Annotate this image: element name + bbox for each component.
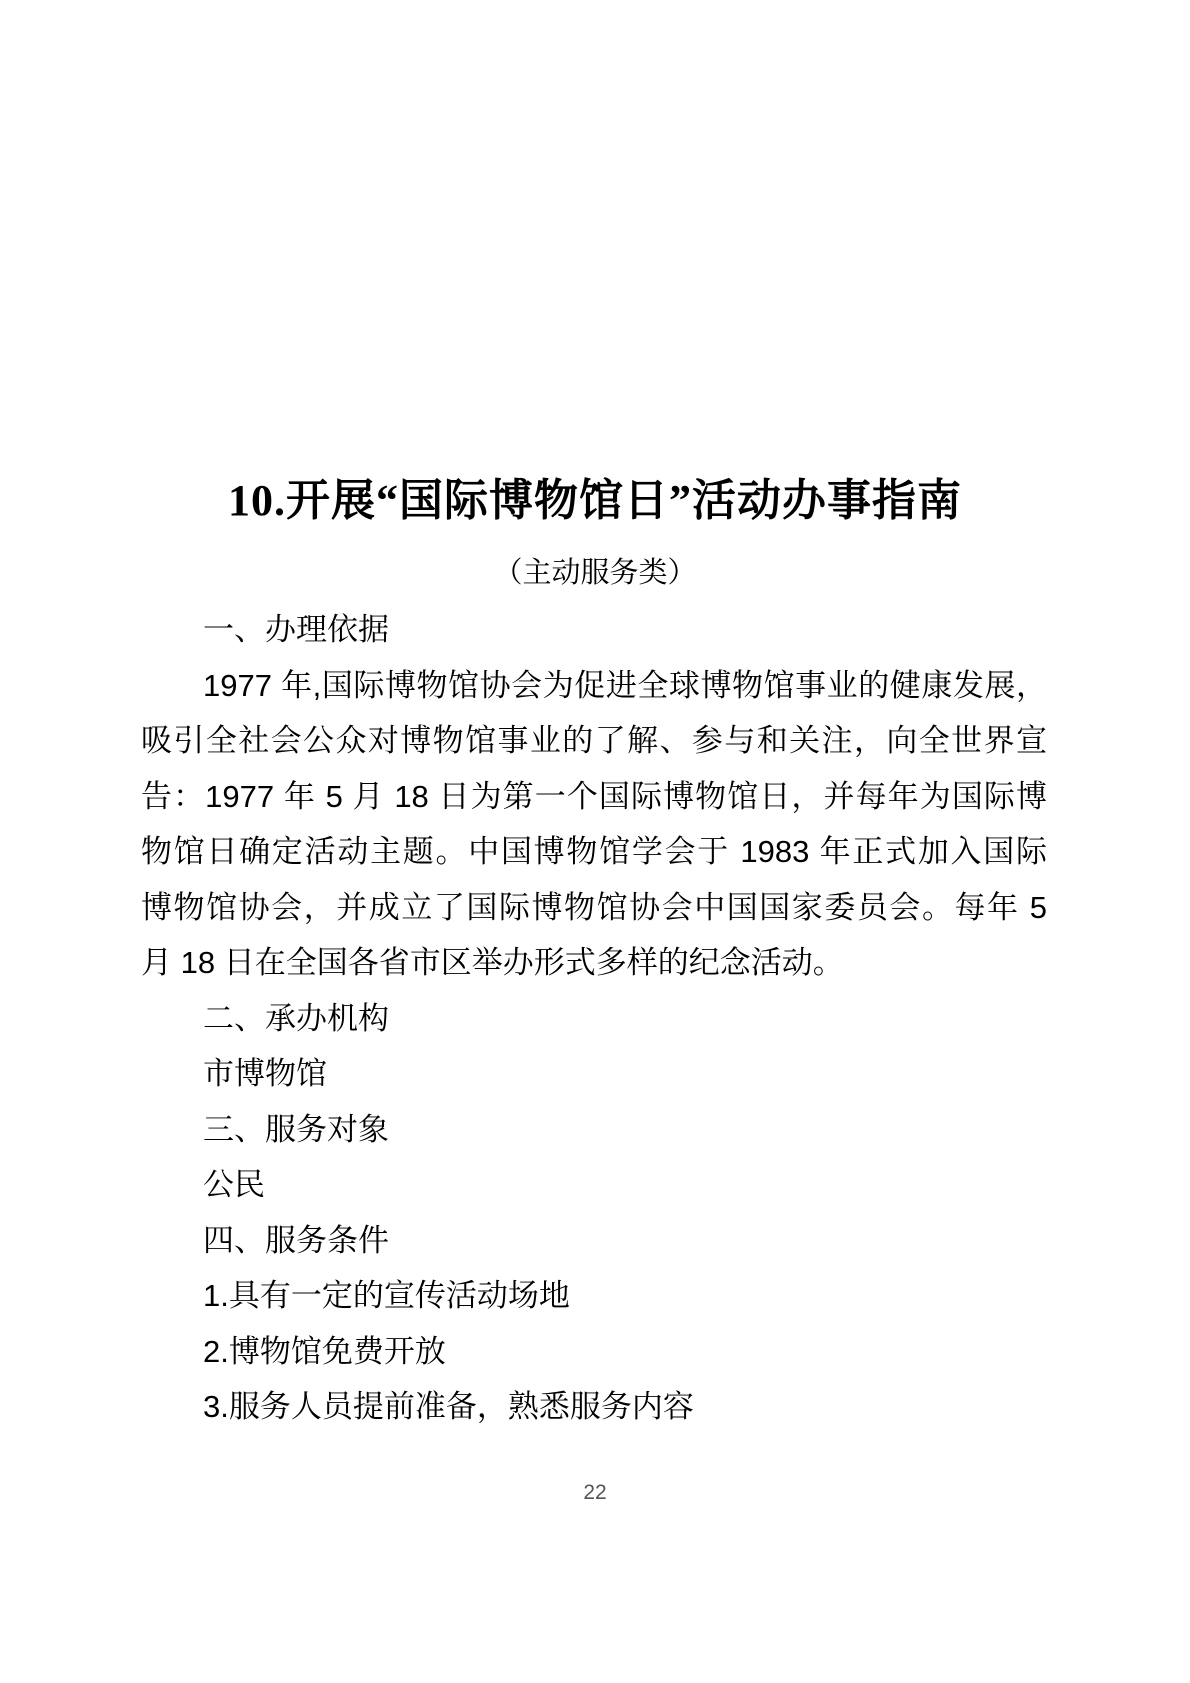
text-line: 三、服务对象 [141,1102,1047,1158]
text-line: 市博物馆 [141,1046,1047,1102]
text-line: 一、办理依据 [141,602,1047,658]
document-subtitle: （主动服务类） [0,558,1190,590]
page-number: 22 [0,1481,1190,1504]
text-line: 吸引全社会公众对博物馆事业的了解、参与和关注，向全世界宣 [141,713,1047,769]
text-line: 物馆日确定活动主题。中国博物馆学会于 1983 年正式加入国际 [141,824,1047,880]
text-line: 1.具有一定的宣传活动场地 [141,1268,1047,1324]
text-line: 1977 年,国际博物馆协会为促进全球博物馆事业的健康发展， [141,658,1047,714]
text-line: 四、服务条件 [141,1213,1047,1269]
document-body: 一、办理依据1977 年,国际博物馆协会为促进全球博物馆事业的健康发展，吸引全社… [141,602,1047,1435]
text-line: 月 18 日在全国各省市区举办形式多样的纪念活动。 [141,935,1047,991]
text-line: 告：1977 年 5 月 18 日为第一个国际博物馆日，并每年为国际博 [141,769,1047,825]
text-line: 公民 [141,1157,1047,1213]
document-page: 10.开展“国际博物馆日”活动办事指南 （主动服务类） 一、办理依据1977 年… [0,0,1190,1683]
text-line: 博物馆协会，并成立了国际博物馆协会中国国家委员会。每年 5 [141,880,1047,936]
text-line: 2.博物馆免费开放 [141,1324,1047,1380]
text-line: 二、承办机构 [141,991,1047,1047]
document-title: 10.开展“国际博物馆日”活动办事指南 [0,477,1190,525]
text-line: 3.服务人员提前准备，熟悉服务内容 [141,1379,1047,1435]
